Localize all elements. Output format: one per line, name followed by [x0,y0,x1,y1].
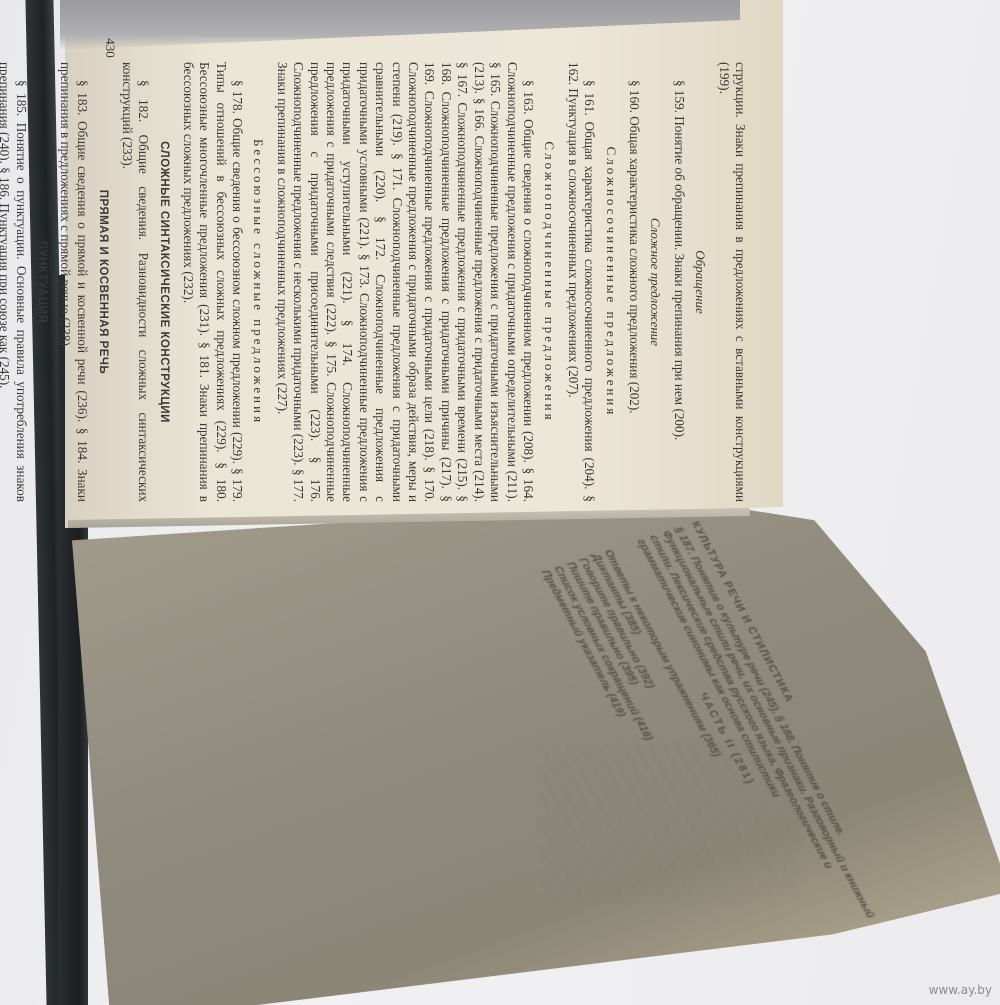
toc-heading: Сложное предложение [647,62,663,502]
toc-heading: Сложноподчиненные предложения [541,62,557,502]
toc-heading: Пунктуация [34,62,50,502]
table-of-contents: струкции. Знаки препинания в предложения… [0,62,748,502]
toc-entry: § 159. Понятие об обращении. Знаки препи… [670,62,686,502]
toc-entry: § 178. Общие сведения о бессоюзном сложн… [179,62,245,502]
toc-entry: § 160. Общая характеристика сложного пре… [626,62,642,502]
toc-entry: § 183. Общие сведения о прямой и косвенн… [57,62,90,502]
toc-entry: § 163. Общие сведения о сложноподчиненно… [273,62,536,502]
toc-entry: § 182. Общие сведения. Разновидности сло… [118,62,151,502]
toc-heading: Сложносочиненные предложения [602,62,618,502]
page-number: 430 [102,38,118,58]
toc-heading: Бессоюзные сложные предложения [250,62,266,502]
toc-heading: Прямая и косвенная речь [95,62,111,502]
toc-entry: § 161. Общая характеристика сложносочине… [564,62,597,502]
toc-heading: Сложные синтаксические конструкции [156,62,172,502]
watermark: www.ay.by [929,983,992,997]
toc-entry: § 185. Понятие о пунктуации. Основные пр… [0,62,29,502]
toc-heading: Обращение [692,62,708,502]
toc-entry: струкции. Знаки препинания в предложения… [715,62,748,502]
